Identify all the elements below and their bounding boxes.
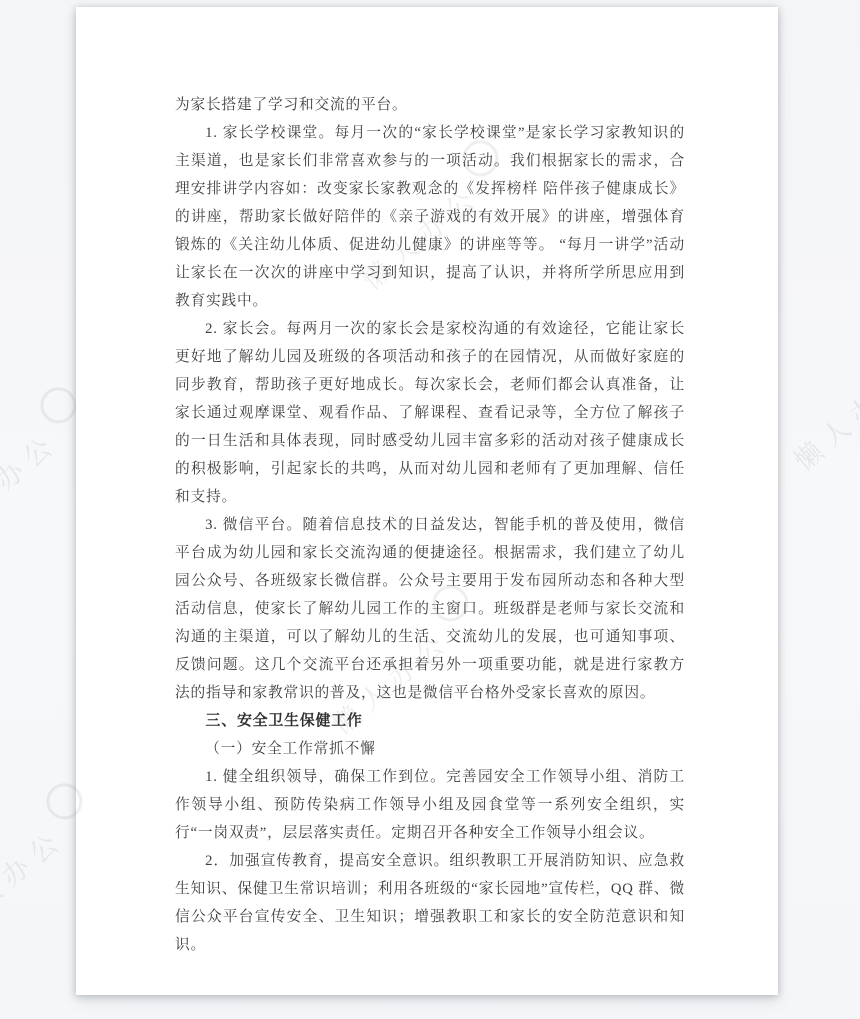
- paragraph: 2. 家长会。每两月一次的家长会是家校沟通的有效途径，它能让家长更好地了解幼儿园…: [175, 315, 685, 511]
- paragraph: 3. 微信平台。随着信息技术的日益发达，智能手机的普及使用，微信平台成为幼儿园和…: [175, 511, 685, 707]
- watermark-text: 懒人办公: [789, 361, 860, 477]
- paragraph: 1. 健全组织领导，确保工作到位。完善园安全工作领导小组、消防工作领导小组、预防…: [175, 763, 685, 847]
- document-body: 为家长搭建了学习和交流的平台。1. 家长学校课堂。每月一次的“家长学校课堂”是家…: [76, 7, 778, 999]
- paragraph: （一）安全工作常抓不懈: [175, 735, 685, 763]
- document-viewer: 为家长搭建了学习和交流的平台。1. 家长学校课堂。每月一次的“家长学校课堂”是家…: [0, 0, 860, 1019]
- document-page: 为家长搭建了学习和交流的平台。1. 家长学校课堂。每月一次的“家长学校课堂”是家…: [76, 7, 778, 995]
- watermark-text: 懒人办公: [0, 823, 70, 939]
- watermark: 懒人办公: [772, 314, 860, 478]
- paragraph: 为家长搭建了学习和交流的平台。: [175, 91, 685, 119]
- section-heading: 三、安全卫生保健工作: [175, 707, 685, 735]
- paragraph: 2．加强宣传教育，提高安全意识。组织教职工开展消防知识、应急救生知识、保健卫生常…: [175, 847, 685, 959]
- watermark-text: 懒人办公: [0, 427, 64, 543]
- screenshot-root: { "document": { "watermark_text": "懒人办公"…: [0, 0, 860, 1019]
- paragraph: 1. 家长学校课堂。每月一次的“家长学校课堂”是家长学习家教知识的主渠道，也是家…: [175, 119, 685, 315]
